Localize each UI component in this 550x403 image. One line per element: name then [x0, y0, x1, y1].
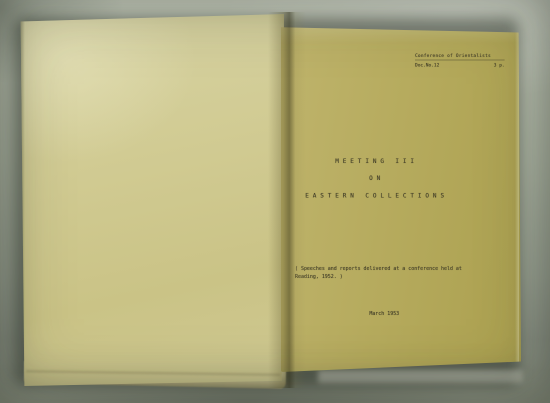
stamp-block: Conference of Orientalists Doc.No.12 3 p…	[415, 53, 505, 68]
note-block: ( Speeches and reports delivered at a co…	[295, 265, 477, 282]
photo-background: Conference of Orientalists Doc.No.12 3 p…	[0, 0, 550, 403]
stamp-page-count: 3 p.	[494, 63, 505, 68]
stamp-doc-number: Doc.No.12	[415, 63, 439, 68]
date-line: March 1953	[321, 311, 448, 317]
title-block: MEETING III ON EASTERN COLLECTIONS	[289, 158, 464, 210]
title-line-1: MEETING III	[289, 158, 464, 165]
title-line-2: ON	[289, 175, 464, 182]
note-line-2: Reading, 1952. )	[295, 273, 477, 281]
right-page-title: Conference of Orientalists Doc.No.12 3 p…	[281, 22, 521, 372]
open-booklet: Conference of Orientalists Doc.No.12 3 p…	[18, 12, 521, 388]
title-line-3: EASTERN COLLECTIONS	[289, 193, 464, 200]
stamp-number-line: Doc.No.12 3 p.	[415, 63, 505, 68]
stamp-reference-line: Conference of Orientalists	[415, 53, 505, 60]
note-line-1: ( Speeches and reports delivered at a co…	[295, 265, 477, 273]
under-sheet-highlight	[318, 370, 523, 383]
left-page	[18, 14, 284, 386]
